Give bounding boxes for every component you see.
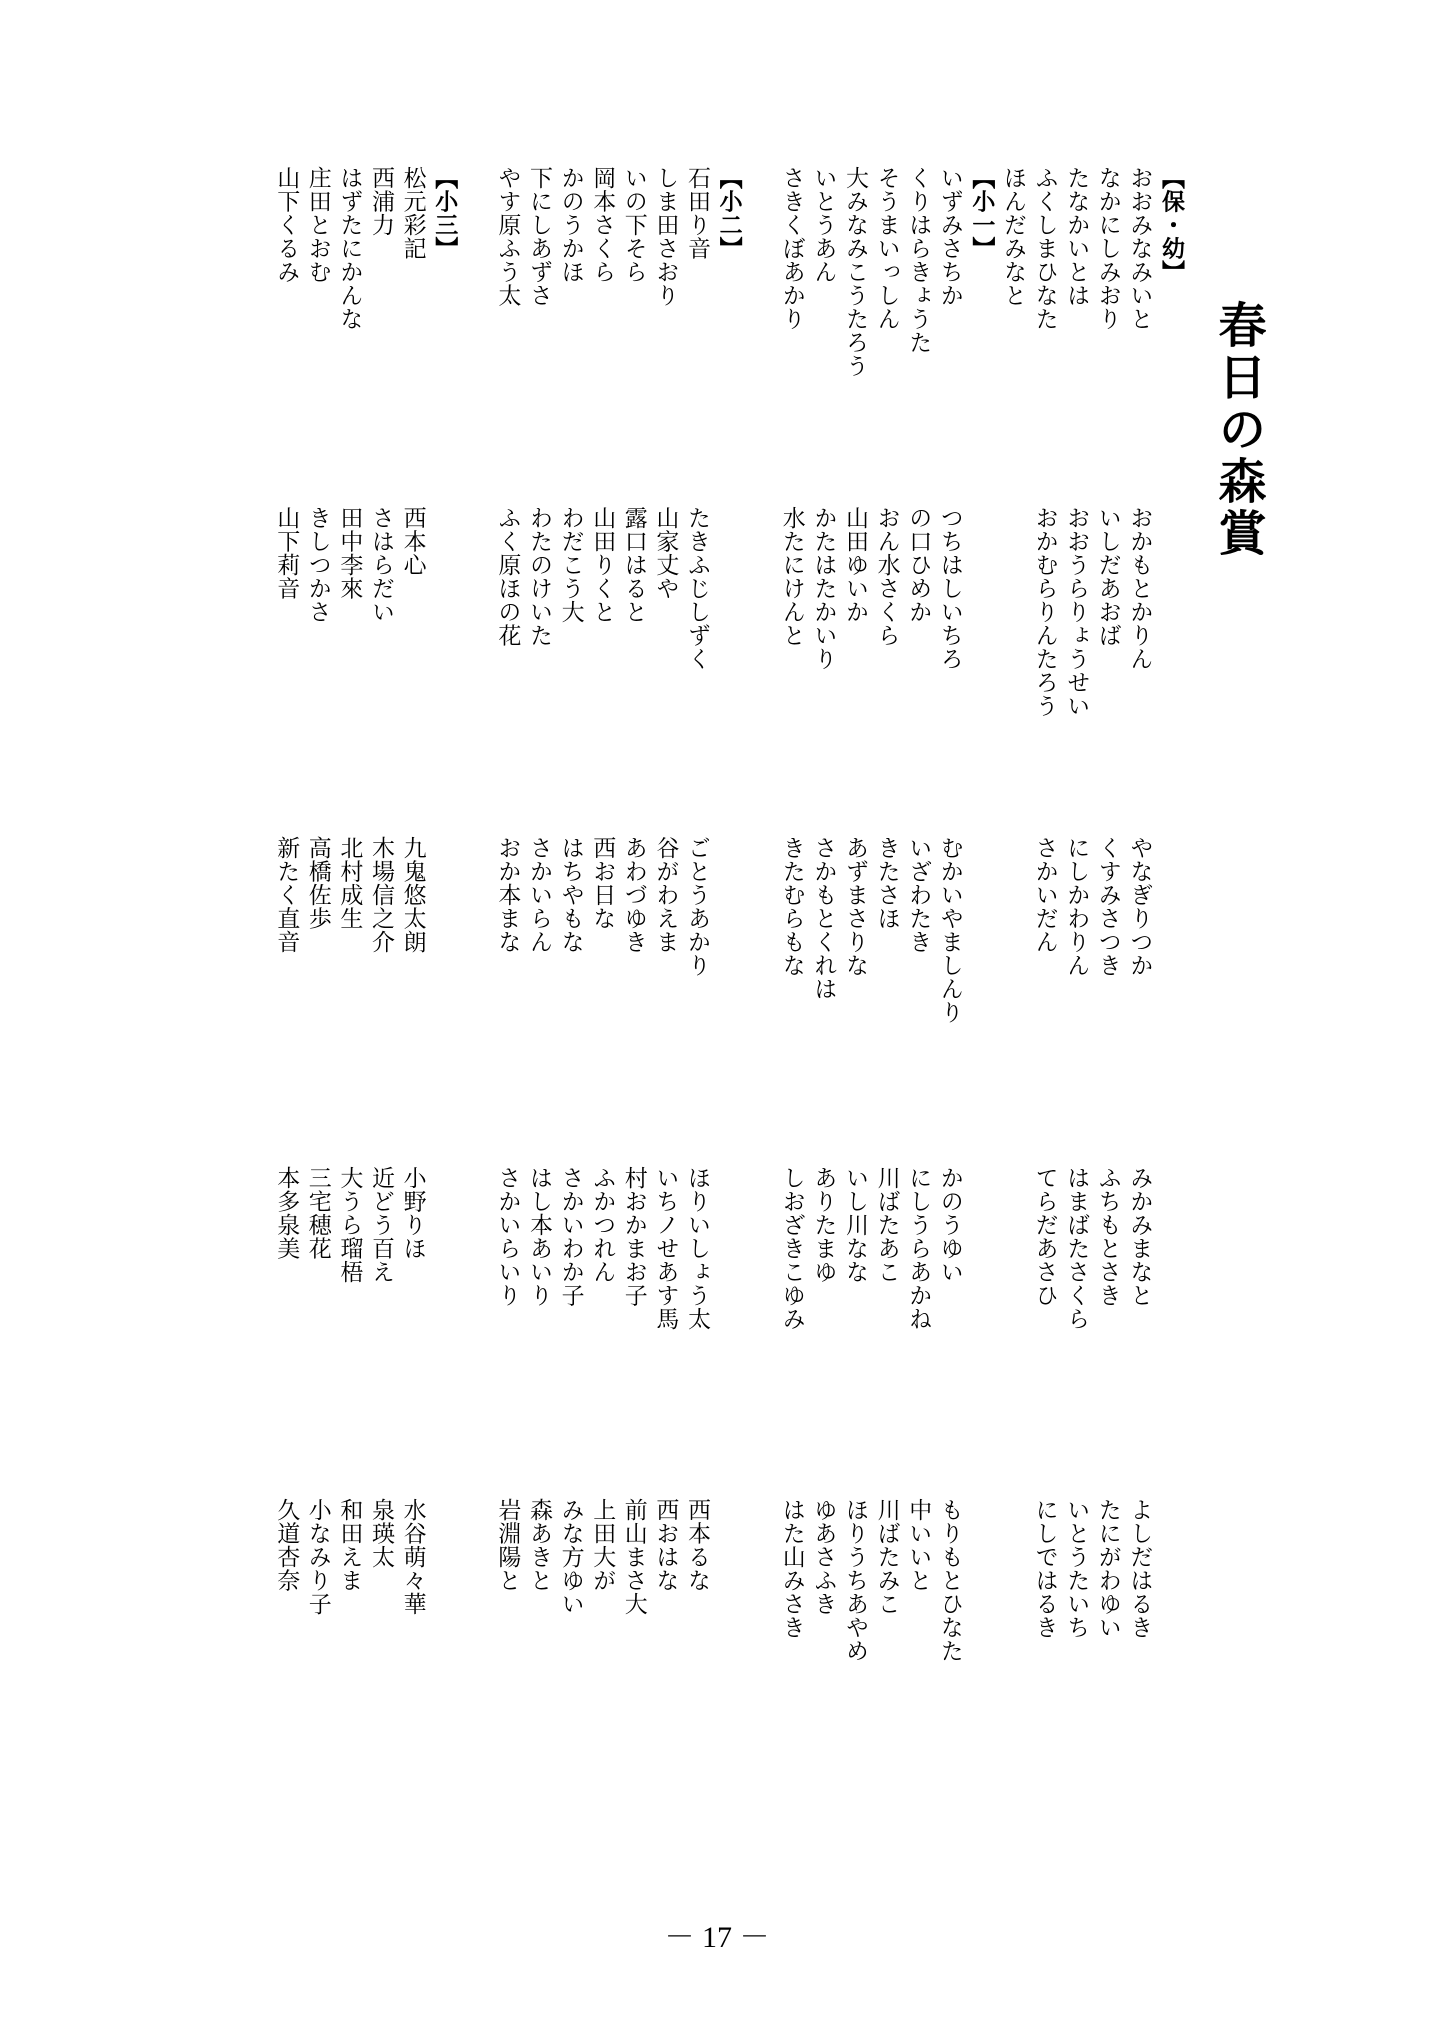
- winner-name: たきふじしずく: [684, 506, 710, 671]
- page-title: 春日の森賞: [1212, 300, 1264, 560]
- winner-name: おか本まな: [494, 836, 520, 954]
- winner-name: 西おはな: [652, 1498, 678, 1592]
- winner-name: 西浦力: [368, 166, 394, 237]
- winner-name: しま田さおり: [652, 166, 678, 307]
- winner-name: つちはしいちろ: [937, 506, 963, 671]
- winner-name: はちやもな: [558, 836, 584, 954]
- winner-name: の口ひめか: [905, 506, 931, 624]
- winner-name: わたのけいた: [526, 506, 552, 647]
- winner-name: 田中李來: [336, 506, 362, 600]
- winner-name: 岩淵陽と: [494, 1498, 520, 1592]
- winner-name: 庄田とおむ: [305, 166, 331, 284]
- winner-name: きしつかさ: [305, 506, 331, 624]
- winner-name: しおざきこゆみ: [779, 1166, 805, 1331]
- winner-name: 大みなみこうたろう: [842, 166, 868, 378]
- winner-name: 木場信之介: [368, 836, 394, 954]
- section-header: 【小三】: [431, 166, 457, 260]
- winner-name: みかみまなと: [1126, 1166, 1152, 1307]
- winner-name: おおみなみいと: [1126, 166, 1152, 331]
- winner-name: さかもとくれは: [810, 836, 836, 1001]
- winner-name: ほりうちあやめ: [842, 1498, 868, 1663]
- winner-name: もりもとひなた: [937, 1498, 963, 1663]
- winner-name: 西本るな: [684, 1498, 710, 1592]
- winner-name: 山下莉音: [273, 506, 299, 600]
- winner-name: なかにしみおり: [1095, 166, 1121, 331]
- winner-name: 石田り音: [684, 166, 710, 260]
- winner-name: さかいらいり: [494, 1166, 520, 1307]
- winner-name: いずみさちか: [937, 166, 963, 307]
- section-header: 【小二】: [716, 166, 742, 260]
- winner-name: 水たにけんと: [779, 506, 805, 647]
- section-header: 【保・幼】: [1158, 166, 1184, 284]
- winner-name: いの下そら: [621, 166, 647, 284]
- winner-name: 前山まさ大: [621, 1498, 647, 1616]
- winner-name: 水谷萌々華: [400, 1498, 426, 1616]
- winner-name: 山下くるみ: [273, 166, 299, 284]
- winner-name: ふくしまひなた: [1032, 166, 1058, 331]
- winner-name: そうまいっしん: [874, 166, 900, 331]
- winner-name: おかもとかりん: [1126, 506, 1152, 671]
- winner-name: 中いいと: [905, 1498, 931, 1592]
- winner-name: いざわたき: [905, 836, 931, 954]
- winner-name: むかいやましんり: [937, 836, 963, 1024]
- winner-name: たにがわゆい: [1095, 1498, 1121, 1639]
- winner-name: にしではるき: [1032, 1498, 1058, 1639]
- winner-name: やす原ふう太: [494, 166, 520, 307]
- winner-name: よしだはるき: [1126, 1498, 1152, 1639]
- winner-name: 北村成生: [336, 836, 362, 930]
- winner-name: ふく原ほの花: [494, 506, 520, 647]
- winner-name: いとうたいち: [1063, 1498, 1089, 1639]
- winner-name: 西お日な: [589, 836, 615, 930]
- winner-name: 村おかまお子: [621, 1166, 647, 1307]
- winner-name: きたさほ: [874, 836, 900, 930]
- winner-name: かたはたかいり: [810, 506, 836, 671]
- winner-name: おかむらりんたろう: [1032, 506, 1058, 718]
- winner-name: にしうらあかね: [905, 1166, 931, 1331]
- section-header: 【小一】: [968, 166, 994, 260]
- winner-name: 山田りくと: [589, 506, 615, 624]
- winner-name: あわづゆき: [621, 836, 647, 954]
- winner-name: いし川なな: [842, 1166, 868, 1284]
- winner-name: みな方ゆい: [558, 1498, 584, 1616]
- winner-name: 高橋佐歩: [305, 836, 331, 930]
- winner-name: さはらだい: [368, 506, 394, 624]
- winner-name: おん水さくら: [874, 506, 900, 647]
- winner-name: 小野りほ: [400, 1166, 426, 1260]
- winner-name: 上田大が: [589, 1498, 615, 1592]
- winner-name: かのうかほ: [558, 166, 584, 284]
- winner-name: 森あきと: [526, 1498, 552, 1592]
- winner-name: わだこう大: [558, 506, 584, 624]
- winner-name: はし本あいり: [526, 1166, 552, 1307]
- winner-name: ほんだみなと: [1000, 166, 1026, 307]
- winner-name: いとうあん: [810, 166, 836, 284]
- winner-name: たなかいとは: [1063, 166, 1089, 307]
- winner-name: 和田えま: [336, 1498, 362, 1592]
- winner-name: ごとうあかり: [684, 836, 710, 977]
- winner-name: 岡本さくら: [589, 166, 615, 284]
- winner-name: 川ばたみこ: [874, 1498, 900, 1616]
- winner-name: 久道杏奈: [273, 1498, 299, 1592]
- winner-name: ふかつれん: [589, 1166, 615, 1284]
- winner-name: きたむらもな: [779, 836, 805, 977]
- winner-name: ゆあさふき: [810, 1498, 836, 1616]
- winner-name: 川ばたあこ: [874, 1166, 900, 1284]
- winner-name: さかいらん: [526, 836, 552, 954]
- winner-name: 山田ゆいか: [842, 506, 868, 624]
- winner-name: 九鬼悠太朗: [400, 836, 426, 954]
- winner-name: いちノせあす馬: [652, 1166, 678, 1331]
- winner-name: にしかわりん: [1063, 836, 1089, 977]
- winner-name: はまばたさくら: [1063, 1166, 1089, 1331]
- winner-name: 露口はると: [621, 506, 647, 624]
- winner-name: ほりいしょう太: [684, 1166, 710, 1331]
- winner-name: ありたまゆ: [810, 1166, 836, 1284]
- winner-name: 西本心: [400, 506, 426, 577]
- winner-name: 大うら瑠梧: [336, 1166, 362, 1284]
- winner-name: かのうゆい: [937, 1166, 963, 1284]
- winner-name: 松元彩記: [400, 166, 426, 260]
- winner-name: さかいわか子: [558, 1166, 584, 1307]
- winner-name: ふちもとさき: [1095, 1166, 1121, 1307]
- winner-name: いしだあおば: [1095, 506, 1121, 647]
- winner-name: 泉瑛太: [368, 1498, 394, 1569]
- winner-name: 新たく直音: [273, 836, 299, 954]
- winner-name: 近どう百え: [368, 1166, 394, 1284]
- winner-name: 小なみり子: [305, 1498, 331, 1616]
- winner-name: 三宅穂花: [305, 1166, 331, 1260]
- winner-name: 本多泉美: [273, 1166, 299, 1260]
- winner-name: おおうらりょうせい: [1063, 506, 1089, 718]
- winner-name: やなぎりつか: [1126, 836, 1152, 977]
- winner-name: くりはらきょうた: [905, 166, 931, 354]
- winner-name: 下にしあずさ: [526, 166, 552, 307]
- winner-name: はずたにかんな: [336, 166, 362, 331]
- winner-name: 山家丈や: [652, 506, 678, 600]
- winner-name: てらだあさひ: [1032, 1166, 1058, 1307]
- winner-name: さきくぼあかり: [779, 166, 805, 331]
- winner-name: あずまさりな: [842, 836, 868, 977]
- winner-name: さかいだん: [1032, 836, 1058, 954]
- page-number: － 17 －: [0, 1912, 1434, 1956]
- winner-name: はた山みさき: [779, 1498, 805, 1639]
- winner-name: 谷がわえま: [652, 836, 678, 954]
- winner-name: くすみさつき: [1095, 836, 1121, 977]
